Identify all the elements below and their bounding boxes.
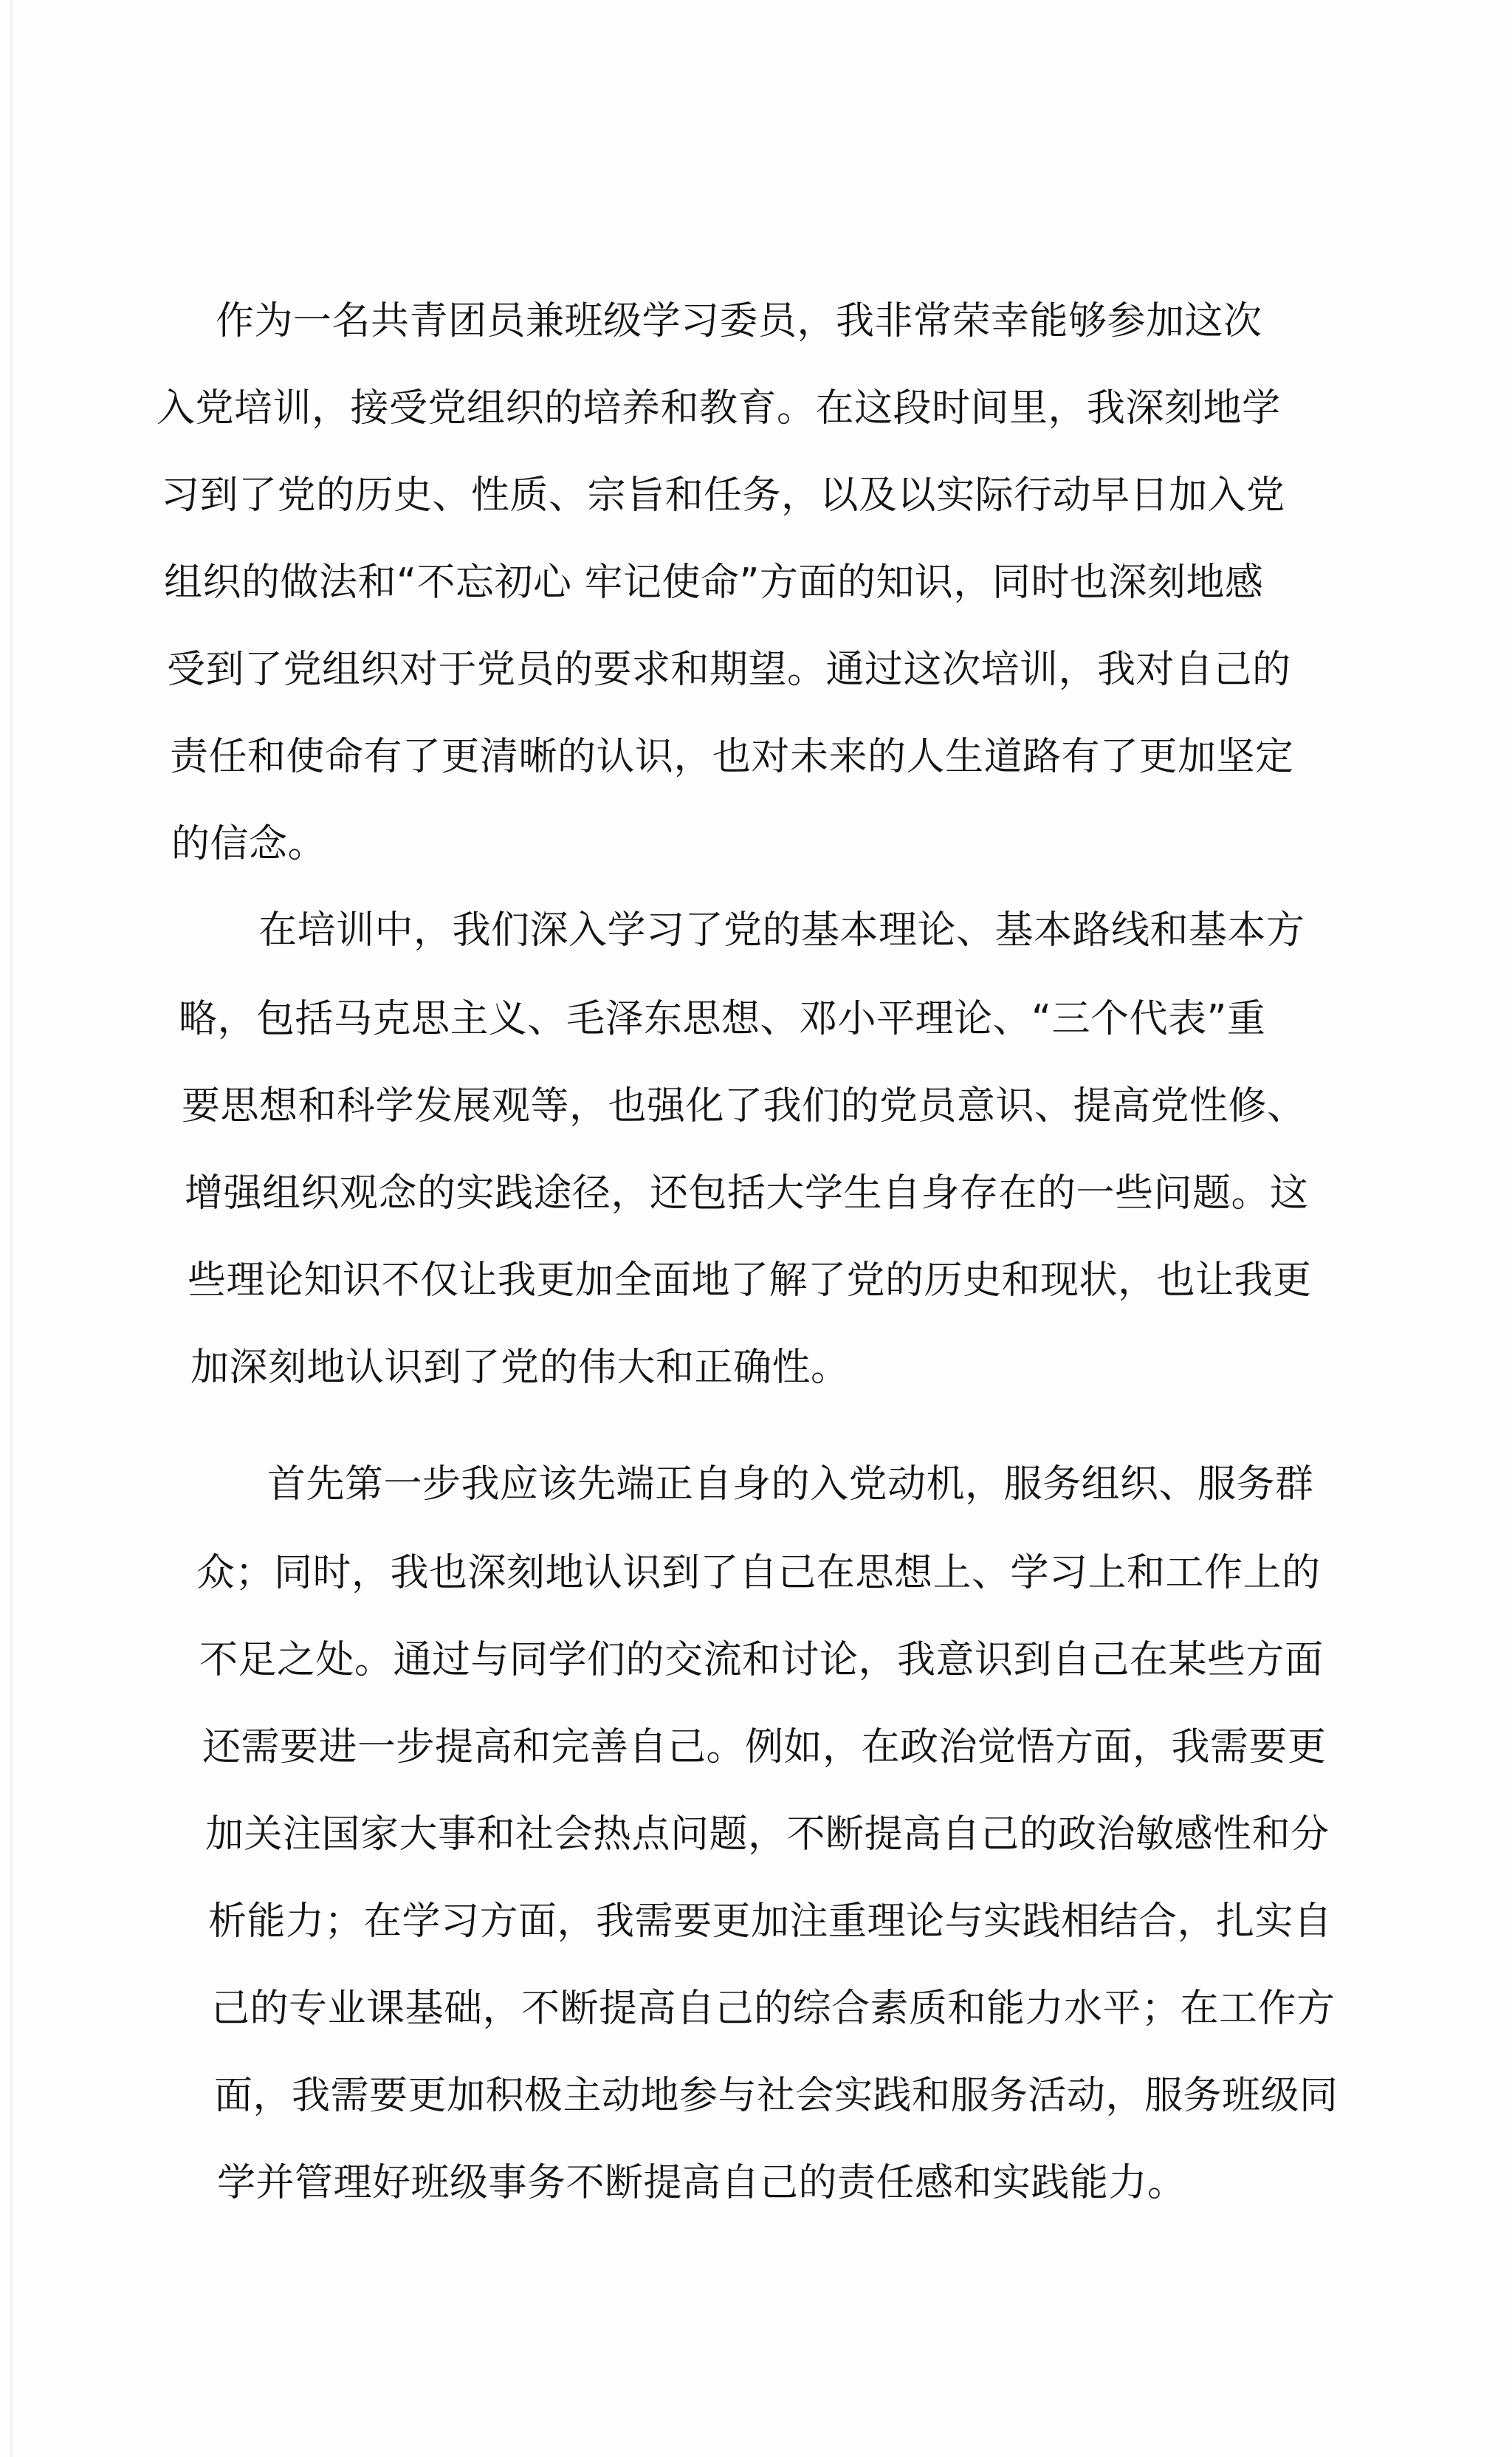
text-line: 众；同时，我也深刻地认识到了自己在思想上、学习上和工作上的 [196,1551,1321,1595]
text-line: 增强组织观念的实践途径，还包括大学生自身存在的一些问题。这 [185,1171,1309,1216]
text-line: 加关注国家大事和社会热点问题，不断提高自己的政治敏感性和分 [205,1812,1330,1857]
scanned-page: 作为一名共青团员兼班级学习委员，我非常荣幸能够参加这次 入党培训，接受党组织的培… [0,0,1512,2457]
text-line: 些理论知识不仅让我更加全面地了解了党的历史和现状，也让我更 [188,1258,1312,1303]
scan-edge-shadow [10,0,13,2457]
text-line: 的信念。 [171,822,326,866]
text-line: 析能力；在学习方面，我需要更加注重理论与实践相结合，扎实自 [208,1899,1333,1944]
text-line: 习到了党的历史、性质、宗旨和任务，以及以实际行动早日加入党 [161,473,1285,518]
text-line: 入党培训，接受党组织的培养和教育。在这段时间里，我深刻地学 [157,386,1281,431]
text-line: 组织的做法和“不忘初心 牢记使命”方面的知识，同时也深刻地感 [164,561,1263,605]
text-line: 己的专业课基础，不断提高自己的综合素质和能力水平；在工作方 [211,1987,1336,2031]
text-line: 首先第一步我应该先端正自身的入党动机，服务组织、服务群 [267,1462,1314,1507]
text-line: 责任和使命有了更清晰的认识，也对未来的人生道路有了更加坚定 [170,735,1294,779]
text-line: 还需要进一步提高和完善自己。例如，在政治觉悟方面，我需要更 [202,1725,1327,1769]
text-line: 作为一名共青团员兼班级学习委员，我非常荣幸能够参加这次 [216,299,1262,343]
text-line: 在培训中，我们深入学习了党的基本理论、基本路线和基本方 [258,908,1305,953]
text-line: 略，包括马克思主义、毛泽东思想、邓小平理论、“三个代表”重 [179,997,1265,1041]
text-line: 学并管理好班级事务不断提高自己的责任感和实践能力。 [217,2161,1186,2205]
text-line: 要思想和科学发展观等，也强化了我们的党员意识、提高党性修、 [182,1084,1306,1128]
text-line: 不足之处。通过与同学们的交流和讨论，我意识到自己在某些方面 [199,1638,1324,1682]
text-line: 受到了党组织对于党员的要求和期望。通过这次培训，我对自己的 [167,648,1291,692]
text-line: 加深刻地认识到了党的伟大和正确性。 [190,1346,850,1390]
text-line: 面，我需要更加积极主动地参与社会实践和服务活动，服务班级同 [214,2074,1339,2118]
